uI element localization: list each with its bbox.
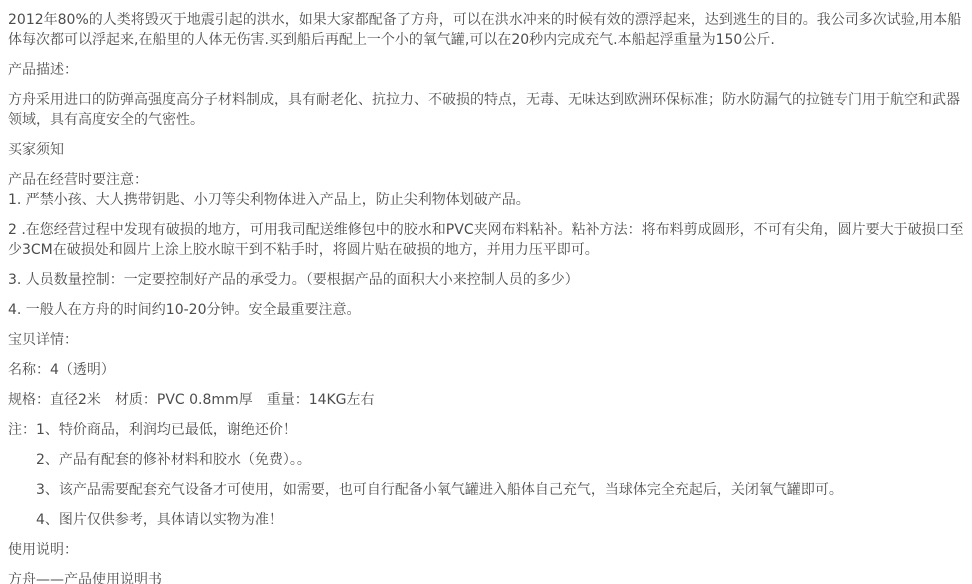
intro-paragraph: 2012年80%的人类将毁灭于地震引起的洪水，如果大家都配备了方舟，可以在洪水冲… [8,10,964,50]
note-2: 2、产品有配套的修补材料和胶水（免费）。。 [8,450,964,470]
usage-heading: 使用说明： [8,540,964,560]
note-4: 4、图片仅供参考，具体请以实物为准！ [8,510,964,530]
product-description-page: 2012年80%的人类将毁灭于地震引起的洪水，如果大家都配备了方舟，可以在洪水冲… [0,0,972,584]
note-1: 注：1、特价商品，利润均已最低，谢绝还价！ [8,420,964,440]
buyer-notice-heading: 买家须知 [8,140,964,160]
usage-title: 方舟——产品使用说明书 [8,570,964,584]
product-description-heading: 产品描述： [8,60,964,80]
product-description-body: 方舟采用进口的防弹高强度高分子材料制成，具有耐老化、抗拉力、不破损的特点，无毒、… [8,90,964,130]
capacity-control-note: 3. 人员数量控制：一定要控制好产品的承受力。（要根据产品的面积大小来控制人员的… [8,270,964,290]
item-details-heading: 宝贝详情： [8,330,964,350]
repair-instructions: 2 .在您经营过程中发现有破损的地方，可用我司配送维修包中的胶水和PVC夹网布料… [8,220,964,260]
note-3: 3、该产品需要配套充气设备才可使用，如需要，也可自行配备小氧气罐进入船体自己充气… [8,480,964,500]
operation-notice: 产品在经营时要注意： 1. 严禁小孩、大人携带钥匙、小刀等尖利物体进入产品上，防… [8,170,964,210]
item-spec: 规格：直径2米 材质：PVC 0.8mm厚 重量：14KG左右 [8,390,964,410]
item-name: 名称：4（透明） [8,360,964,380]
time-limit-note: 4. 一般人在方舟的时间约10-20分钟。安全最重要注意。 [8,300,964,320]
